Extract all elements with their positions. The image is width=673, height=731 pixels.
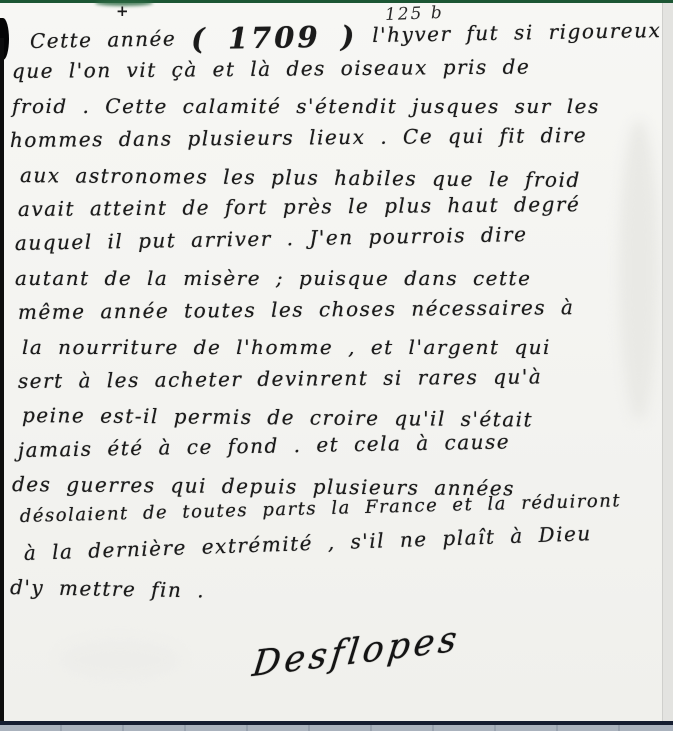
manuscript-line: Cette année ( 1709 ) l'hyver fut si rigo… — [30, 14, 658, 59]
manuscript-line-text: Cette année — [30, 26, 177, 53]
manuscript-line: même année toutes les choses nécessaires… — [18, 295, 657, 335]
manuscript-line: hommes dans plusieurs lieux . Ce qui fit… — [10, 123, 657, 163]
right-scan-edge — [662, 3, 673, 731]
manuscript-line: d'y mettre fin . — [10, 575, 658, 621]
cross-mark: + — [116, 2, 129, 20]
manuscript-text-block: Cette année ( 1709 ) l'hyver fut si rigo… — [10, 25, 657, 610]
year-1709: ( 1709 ) — [191, 19, 358, 56]
left-scan-edge — [0, 38, 4, 726]
manuscript-line: que l'on vit çà et là des oiseaux pris d… — [12, 54, 657, 94]
manuscript-line: sert à les acheter devinrent si rares qu… — [18, 363, 657, 403]
paper-stain — [60, 640, 180, 680]
manuscript-line-text: l'hyver fut si rigoureux — [372, 18, 661, 47]
scanned-manuscript-page: + 125 b Cette année ( 1709 ) l'hyver fut… — [0, 0, 673, 731]
bottom-scan-edge — [0, 725, 673, 731]
signature: Desflopes — [250, 619, 463, 685]
